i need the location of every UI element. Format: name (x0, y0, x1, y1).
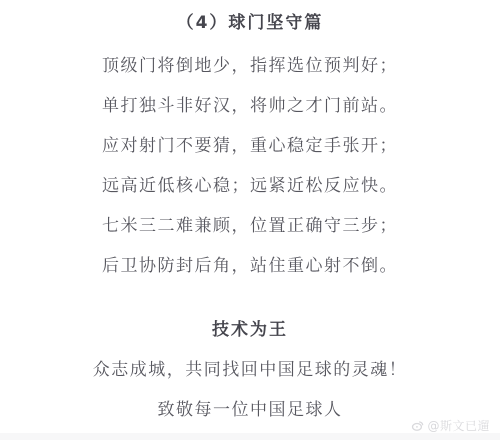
poem-line: 七米三二难兼顾，位置正确守三步； (0, 206, 500, 246)
poem-line: 后卫协防封后角，站住重心射不倒。 (0, 246, 500, 286)
poem-line: 顶级门将倒地少，指挥选位预判好； (0, 46, 500, 86)
poem-line: 应对射门不要猜，重心稳定手张开； (0, 126, 500, 166)
watermark-handle: @斯文已遛 (427, 417, 490, 434)
page-title: （4）球门坚守篇 (0, 0, 500, 46)
bottom-strip (0, 433, 500, 440)
poem-line: 远高近低核心稳；远紧近松反应快。 (0, 166, 500, 206)
watermark: @斯文已遛 (411, 417, 490, 434)
document-page: （4）球门坚守篇 顶级门将倒地少，指挥选位预判好； 单打独斗非好汉，将帅之才门前… (0, 0, 500, 440)
poem-section: 顶级门将倒地少，指挥选位预判好； 单打独斗非好汉，将帅之才门前站。 应对射门不要… (0, 46, 500, 286)
poem-line: 单打独斗非好汉，将帅之才门前站。 (0, 86, 500, 126)
footer-line: 众志成城，共同找回中国足球的灵魂！ (0, 350, 500, 390)
weibo-icon (411, 419, 424, 432)
section-heading: 技术为王 (0, 310, 500, 350)
